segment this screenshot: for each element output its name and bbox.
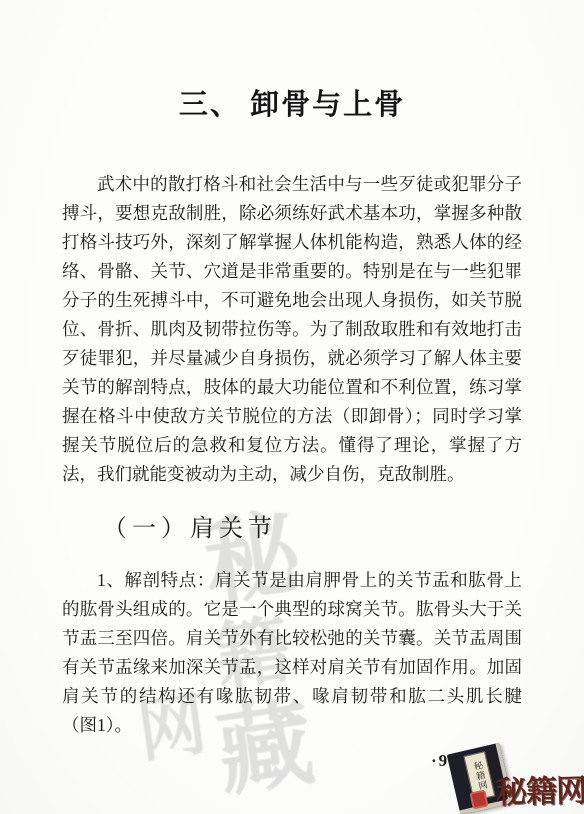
text-line: 法，我们就能变被动为主动，减少自伤，克敌制胜。 — [62, 460, 522, 489]
text-line: 搏斗，要想克敌制胜，除必须练好武术基本功，掌握多种散 — [62, 199, 522, 228]
scanned-book-page: 秘 籍 网 藏 三、 卸骨与上骨 武术中的散打格斗和社会生活中与一些歹徒或犯罪分… — [0, 0, 584, 814]
page-number: ·9 — [431, 751, 449, 771]
text-line: 打格斗技巧外，深刻了解掌握人体机能构造，熟悉人体的经 — [62, 228, 522, 257]
text-line: 握在格斗中使敌方关节脱位的方法（即卸骨）；同时学习掌 — [62, 402, 522, 431]
text-line: 握关节脱位后的急救和复位方法。懂得了理论，掌握了方 — [62, 431, 522, 460]
chapter-title: 三、 卸骨与上骨 — [0, 82, 584, 123]
red-seal-icon — [469, 790, 488, 810]
text-line: 1、解剖特点：肩关节是由肩胛骨上的关节盂和肱骨上 — [62, 566, 522, 595]
site-name-watermark: 秘籍网 — [495, 765, 584, 812]
paragraph-anatomy: 1、解剖特点：肩关节是由肩胛骨上的关节盂和肱骨上 的肱骨头组成的。它是一个典型的… — [62, 566, 522, 740]
text-line: 的肱骨头组成的。它是一个典型的球窝关节。肱骨头大于关 — [62, 595, 522, 624]
text-line: 络、骨骼、关节、穴道是非常重要的。特别是在与一些犯罪 — [62, 257, 522, 286]
text-line: （图1）。 — [62, 711, 522, 740]
text-line: 歹徒罪犯，并尽量减少自身损伤，就必须学习了解人体主要 — [62, 344, 522, 373]
section-heading: （一）肩关节 — [103, 508, 277, 543]
text-line: 关节的解剖特点，肢体的最大功能位置和不利位置，练习掌 — [62, 373, 522, 402]
text-line: 有关节盂缘来加深关节盂，这样对肩关节有加固作用。加固 — [62, 653, 522, 682]
text-line: 分子的生死搏斗中，不可避免地会出现人身损伤，如关节脱 — [62, 286, 522, 315]
paragraph-intro: 武术中的散打格斗和社会生活中与一些歹徒或犯罪分子 搏斗，要想克敌制胜，除必须练好… — [62, 170, 522, 489]
text-line: 节盂三至四倍。肩关节外有比较松弛的关节囊。关节盂周围 — [62, 624, 522, 653]
text-line: 武术中的散打格斗和社会生活中与一些歹徒或犯罪分子 — [62, 170, 522, 199]
text-line: 位、骨折、肌肉及韧带拉伤等。为了制敌取胜和有效地打击 — [62, 315, 522, 344]
text-line: 肩关节的结构还有喙肱韧带、喙肩韧带和肱二头肌长腱 — [62, 682, 522, 711]
